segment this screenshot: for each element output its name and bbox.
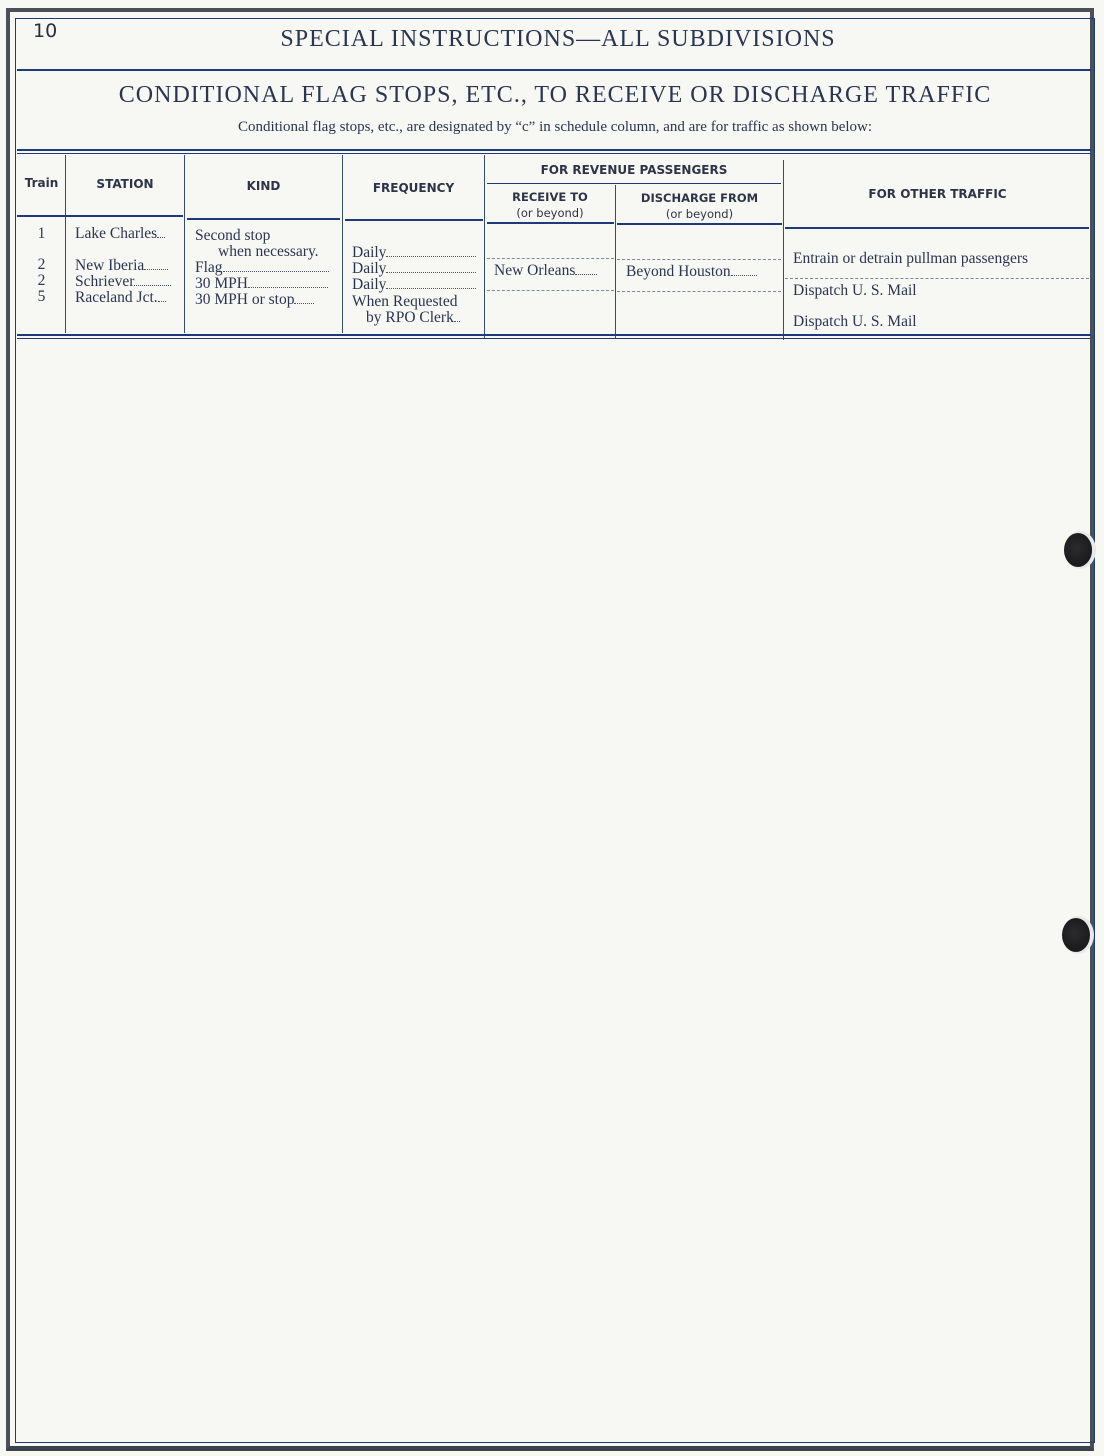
header-discharge-from: DISCHARGE FROM (or beyond) [616, 190, 783, 222]
header-bottom-rule [487, 222, 614, 224]
binder-hole-icon [1062, 918, 1090, 952]
cell-frequency-line2: by RPO Clerk [366, 310, 460, 326]
header-bottom-rule [785, 227, 1089, 229]
header-kind: KIND [185, 178, 342, 194]
cell-receive-to: New Orleans [494, 263, 597, 279]
header-revenue-passengers: FOR REVENUE PASSENGERS [485, 162, 783, 178]
section-subtitle: Conditional flag stops, etc., are design… [15, 119, 1095, 136]
cell-other-traffic: Entrain or detrain pullman passengers [793, 251, 1028, 267]
leader-dots [386, 246, 476, 257]
leader-dots [731, 265, 757, 276]
header-discharge-from-label: DISCHARGE FROM [616, 190, 783, 206]
cell-frequency: Daily [352, 277, 476, 293]
section-title: CONDITIONAL FLAG STOPS, ETC., TO RECEIVE… [15, 82, 1095, 109]
cell-discharge-from: Beyond Houston [626, 264, 757, 280]
leader-dots [454, 311, 460, 322]
station-name: New Iberia [75, 257, 144, 274]
discharge-from-value: Beyond Houston [626, 263, 731, 280]
header-bottom-rule [187, 218, 340, 220]
revenue-group-rule [487, 183, 781, 184]
header-other-traffic: FOR OTHER TRAFFIC [784, 186, 1091, 202]
col-divider [484, 155, 485, 339]
header-bottom-rule [17, 215, 183, 217]
page-inner-border [15, 18, 1095, 1443]
table-top-rule [17, 149, 1091, 151]
binder-hole-icon [1064, 533, 1092, 567]
cell-kind-line2: when necessary. [218, 244, 319, 260]
cell-other-traffic: Dispatch U. S. Mail [793, 314, 917, 330]
kind-value: 30 MPH [195, 275, 248, 292]
station-name: Lake Charles [75, 225, 157, 242]
kind-value: 30 MPH or stop [195, 291, 294, 308]
cell-station: Schriever [75, 274, 171, 290]
header-frequency: FREQUENCY [343, 180, 484, 196]
leader-dots [134, 275, 171, 286]
leader-dots [144, 259, 168, 270]
running-head: SPECIAL INSTRUCTIONS—ALL SUBDIVISIONS [0, 26, 1104, 53]
leader-dots [386, 262, 476, 273]
leader-dots [158, 291, 166, 302]
cell-kind-line1: Second stop [195, 228, 270, 244]
header-receive-to-sub: (or beyond) [485, 205, 615, 221]
cell-train: 5 [18, 289, 65, 305]
header-bottom-rule [617, 223, 782, 225]
frequency-value: Daily [352, 244, 386, 261]
header-discharge-from-sub: (or beyond) [616, 206, 783, 222]
receive-to-value: New Orleans [494, 262, 575, 279]
leader-dots [386, 278, 476, 289]
table-top-rule-2 [17, 153, 1091, 154]
cell-train: 1 [18, 226, 65, 242]
row-separator [487, 258, 614, 259]
header-station: STATION [66, 176, 184, 192]
kind-value: Flag [195, 259, 223, 276]
header-receive-to-label: RECEIVE TO [485, 189, 615, 205]
cell-train: 2 [18, 273, 65, 289]
frequency-value: Daily [352, 276, 386, 293]
station-name: Raceland Jct. [75, 289, 158, 306]
cell-train: 2 [18, 257, 65, 273]
row-separator [617, 291, 781, 292]
leader-dots [294, 293, 314, 304]
row-separator [487, 290, 614, 291]
frequency-value: Daily [352, 260, 386, 277]
frequency-value: by RPO Clerk [366, 309, 454, 326]
row-separator [785, 278, 1089, 279]
header-rule [17, 69, 1091, 71]
cell-station: Lake Charles [75, 226, 165, 242]
cell-station: New Iberia [75, 258, 168, 274]
header-bottom-rule [345, 219, 483, 221]
row-separator [617, 259, 781, 260]
header-receive-to: RECEIVE TO (or beyond) [485, 189, 615, 221]
cell-kind: 30 MPH or stop [195, 292, 314, 308]
header-train: Train [18, 175, 65, 191]
table-bottom-rule [17, 334, 1091, 336]
leader-dots [223, 261, 329, 272]
cell-kind: Flag [195, 260, 329, 276]
leader-dots [157, 227, 165, 238]
cell-frequency: Daily [352, 261, 476, 277]
cell-frequency-line1: When Requested [352, 294, 457, 310]
leader-dots [248, 277, 328, 288]
cell-other-traffic: Dispatch U. S. Mail [793, 283, 917, 299]
cell-kind: 30 MPH [195, 276, 328, 292]
cell-station: Raceland Jct. [75, 290, 166, 306]
table-bottom-rule-2 [17, 338, 1091, 339]
station-name: Schriever [75, 273, 134, 290]
leader-dots [575, 264, 597, 275]
cell-frequency: Daily [352, 245, 476, 261]
